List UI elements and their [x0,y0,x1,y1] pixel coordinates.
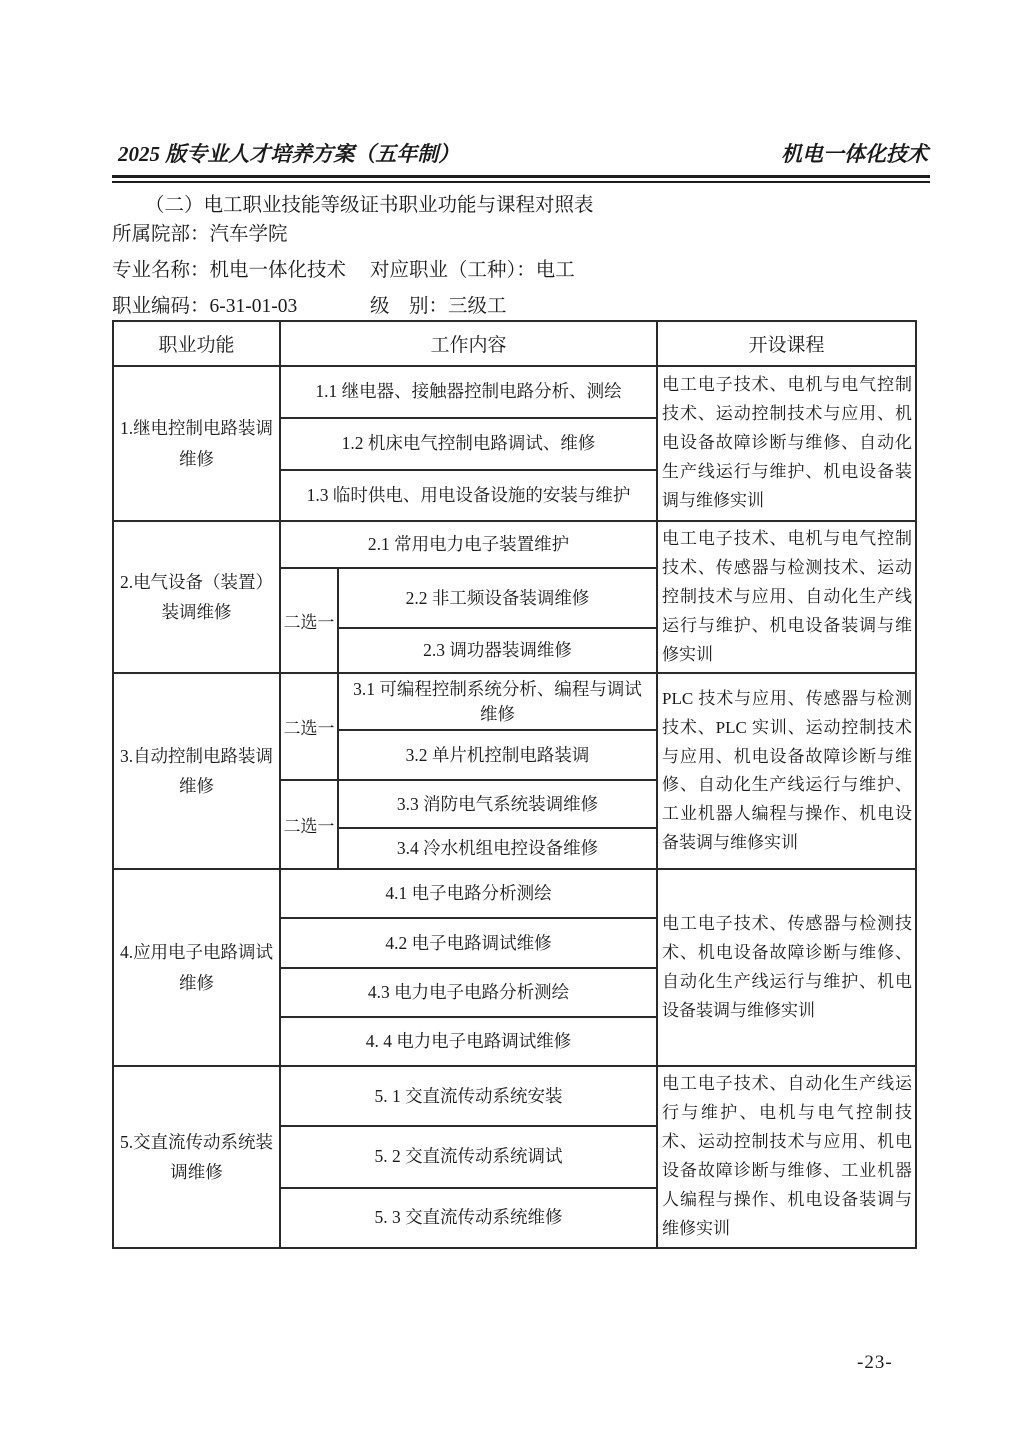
function-course-table: 职业功能 工作内容 开设课程 1.继电控制电路装调维修 1.1 继电器、接触器控… [112,320,917,1249]
page-content: 2025 版专业人才培养方案（五年制） 机电一体化技术 （二）电工职业技能等级证… [112,140,915,1249]
courses-cell: PLC 技术与应用、传感器与检测技术、PLC 实训、运动控制技术与应用、机电设备… [657,673,916,869]
courses-cell: 电工电子技术、电机与电气控制技术、传感器与检测技术、运动控制技术与应用、自动化生… [657,521,916,673]
major-segment: 专业名称：机电一体化技术 [112,258,370,284]
department-value: 汽车学院 [210,224,288,245]
work-item-cell: 2.1 常用电力电子装置维护 [280,521,657,568]
major-label: 专业名称： [112,260,210,281]
work-item-cell: 3.4 冷水机组电控设备维修 [338,828,657,869]
function-cell: 4.应用电子电路调试维修 [113,869,280,1066]
running-header: 2025 版专业人才培养方案（五年制） 机电一体化技术 [112,140,930,168]
work-item-cell: 1.2 机床电气控制电路调试、维修 [280,418,657,470]
work-item-cell: 4.3 电力电子电路分析测绘 [280,968,657,1017]
work-item-cell: 5. 2 交直流传动系统调试 [280,1126,657,1187]
running-header-right: 机电一体化技术 [781,140,928,168]
header-cell-work: 工作内容 [280,321,657,366]
running-header-left: 2025 版专业人才培养方案（五年制） [118,140,459,168]
occupation-label: 对应职业（工种）： [370,260,536,281]
choice-label-cell: 二选一 [280,568,338,673]
table-row: 3.自动控制电路装调维修 二选一 3.1 可编程控制系统分析、编程与调试维修 P… [113,673,916,730]
code-value: 6-31-01-03 [210,296,298,317]
header-cell-function: 职业功能 [113,321,280,366]
code-segment: 职业编码：6-31-01-03 [112,294,370,320]
table-header-row: 职业功能 工作内容 开设课程 [113,321,916,366]
work-item-cell: 4. 4 电力电子电路调试维修 [280,1017,657,1066]
courses-cell: 电工电子技术、传感器与检测技术、机电设备故障诊断与维修、自动化生产线运行与维护、… [657,869,916,1066]
header-divider [112,175,930,183]
table-row: 5.交直流传动系统装调维修 5. 1 交直流传动系统安装 电工电子技术、自动化生… [113,1066,916,1126]
code-label: 职业编码： [112,296,210,317]
work-item-cell: 3.2 单片机控制电路装调 [338,730,657,780]
function-cell: 2.电气设备（装置）装调维修 [113,521,280,673]
work-item-cell: 4.2 电子电路调试维修 [280,918,657,968]
info-line-department: 所属院部：汽车学院 [112,222,915,248]
info-line-code: 职业编码：6-31-01-03 级 别：三级工 [112,294,915,320]
major-value: 机电一体化技术 [210,260,347,281]
occupation-segment: 对应职业（工种）：电工 [370,258,575,284]
section-title: （二）电工职业技能等级证书职业功能与课程对照表 [145,193,915,219]
page-number: -23- [857,1352,893,1374]
work-item-cell: 5. 1 交直流传动系统安装 [280,1066,657,1126]
level-value: 三级工 [448,296,507,317]
level-segment: 级 别：三级工 [370,294,507,320]
table-row: 1.继电控制电路装调维修 1.1 继电器、接触器控制电路分析、测绘 电工电子技术… [113,366,916,418]
department-label: 所属院部： [112,224,210,245]
function-cell: 5.交直流传动系统装调维修 [113,1066,280,1247]
work-item-cell: 5. 3 交直流传动系统维修 [280,1188,657,1248]
courses-cell: 电工电子技术、电机与电气控制技术、运动控制技术与应用、机电设备故障诊断与维修、自… [657,366,916,521]
document-page: 2025 版专业人才培养方案（五年制） 机电一体化技术 （二）电工职业技能等级证… [0,0,1024,1448]
work-item-cell: 4.1 电子电路分析测绘 [280,869,657,918]
work-item-cell: 1.1 继电器、接触器控制电路分析、测绘 [280,366,657,418]
level-label: 级 别： [370,296,448,317]
choice-label-cell: 二选一 [280,673,338,780]
function-cell: 1.继电控制电路装调维修 [113,366,280,521]
header-cell-courses: 开设课程 [657,321,916,366]
work-item-cell: 1.3 临时供电、用电设备设施的安装与维护 [280,470,657,521]
function-cell: 3.自动控制电路装调维修 [113,673,280,869]
occupation-value: 电工 [536,260,575,281]
table-row: 2.电气设备（装置）装调维修 2.1 常用电力电子装置维护 电工电子技术、电机与… [113,521,916,568]
work-item-cell: 3.3 消防电气系统装调维修 [338,780,657,828]
table-row: 4.应用电子电路调试维修 4.1 电子电路分析测绘 电工电子技术、传感器与检测技… [113,869,916,918]
courses-cell: 电工电子技术、自动化生产线运行与维护、电机与电气控制技术、运动控制技术与应用、机… [657,1066,916,1247]
work-item-cell: 2.3 调功器装调维修 [338,628,657,673]
work-item-cell: 2.2 非工频设备装调维修 [338,568,657,628]
department-segment: 所属院部：汽车学院 [112,222,370,248]
info-line-major: 专业名称：机电一体化技术 对应职业（工种）：电工 [112,258,915,284]
choice-label-cell: 二选一 [280,780,338,869]
work-item-cell: 3.1 可编程控制系统分析、编程与调试维修 [338,673,657,730]
